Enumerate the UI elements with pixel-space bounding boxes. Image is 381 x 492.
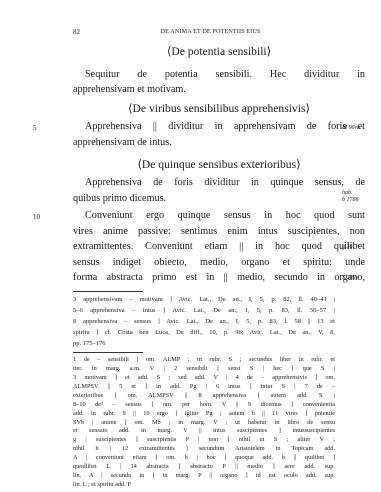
apparatus-line: A | conveniunt etiam ] om. b | hoc ] quo… [73,454,335,463]
text-line: apprehensivam et motivam. [73,84,365,96]
margin-note-hab: hab. [342,190,353,197]
text-line: vires anime passive: sentimus enim intus… [73,226,365,238]
source-note-line: pp. 175–176 [73,339,335,348]
apparatus-line: 8–10 de² – sensus ] om. per hom. V || 9 … [73,401,335,410]
margin-note-folio: b 1786 [342,197,359,204]
source-note-line: 8 apprehensiva – sensus ] Avic. Lat., De… [73,317,335,326]
text-line: sensus indiget obiecto, medio, organo et… [73,257,365,269]
apparatus-line: et sensato add. in marg. V || intus susc… [73,427,335,436]
source-note-line: 3 apprehensivam – motivam ] Avic. Lat., … [73,295,335,304]
text-line: Apprehensiva de foris dividitur in quinq… [73,177,365,189]
text-line: Sequitur de potentia sensibili. Hec divi… [73,69,365,81]
apparatus-line: 3 motivam ] et add. S ; sed add. V | 4 d… [73,374,335,383]
text-line: forma abstracta primo est in || medio, s… [73,272,365,284]
apparatus-line: quodlibet L | 14 abstracta ] abstracto P… [73,463,335,472]
margin-note-folio: M 96va [342,125,360,132]
apparatus-line: lin. L ; et spiritu add. P [73,481,335,490]
apparatus-line: 1 de – sensibili ] om. ALMP ; in rubr. S… [73,356,335,365]
footnote-rule [73,291,143,292]
text-line: Apprehensiva || dividitur in apprehensiv… [73,121,365,133]
apparatus-rule [73,352,143,353]
section-heading-quinque-sensibus: ⟨De quinque sensibus exterioribus⟩ [73,157,365,171]
text-line: Conveniunt ergo quinque sensus in hoc qu… [73,210,365,222]
apparatus-line: exterioribus ] om. ALMPSV || 8 apprehens… [73,392,335,401]
source-note-line: 5–6 apprehensiva – intus ] Avic. Lat., D… [73,306,335,315]
line-number: 5 [33,124,37,132]
apparatus-line: nihil b | 12 extramittentes ] secundum A… [73,445,335,454]
apparatus-line: iter. in marg. a.m. V | 2 sensibili ] se… [73,365,335,374]
apparatus-line: add. in rubr. S || 10 ergo ] igitur Pg ;… [73,410,335,419]
margin-note-folio: S 205v [342,275,358,282]
section-heading-viribus: ⟨De viribus sensibilibus apprehensivis⟩ [73,101,365,115]
text-line: apprehensivam de intus. [73,137,365,149]
text-line: quibus primo dicemus. [73,193,365,205]
running-title: DE ANIMA ET DE POTENTIIS EIUS [0,28,381,35]
text-line: extramittentes. Conveniunt etiam || in h… [73,241,365,253]
section-heading-potentia-sensibili: ⟨De potentia sensibili⟩ [73,44,365,58]
apparatus-line: g | suscipientes ] suscipientis P | non … [73,436,335,445]
source-note-line: spiritu ] cf. Costa ben Luca, De diff., … [73,328,335,337]
line-number: 10 [33,213,40,221]
apparatus-line: ALMPSV || 5 et ] in add. Pg | 6 intus ] … [73,383,335,392]
margin-note-folio: g 36 [342,244,353,251]
apparatus-line: lin. A | secundo in ] in marg. P || orga… [73,472,335,481]
